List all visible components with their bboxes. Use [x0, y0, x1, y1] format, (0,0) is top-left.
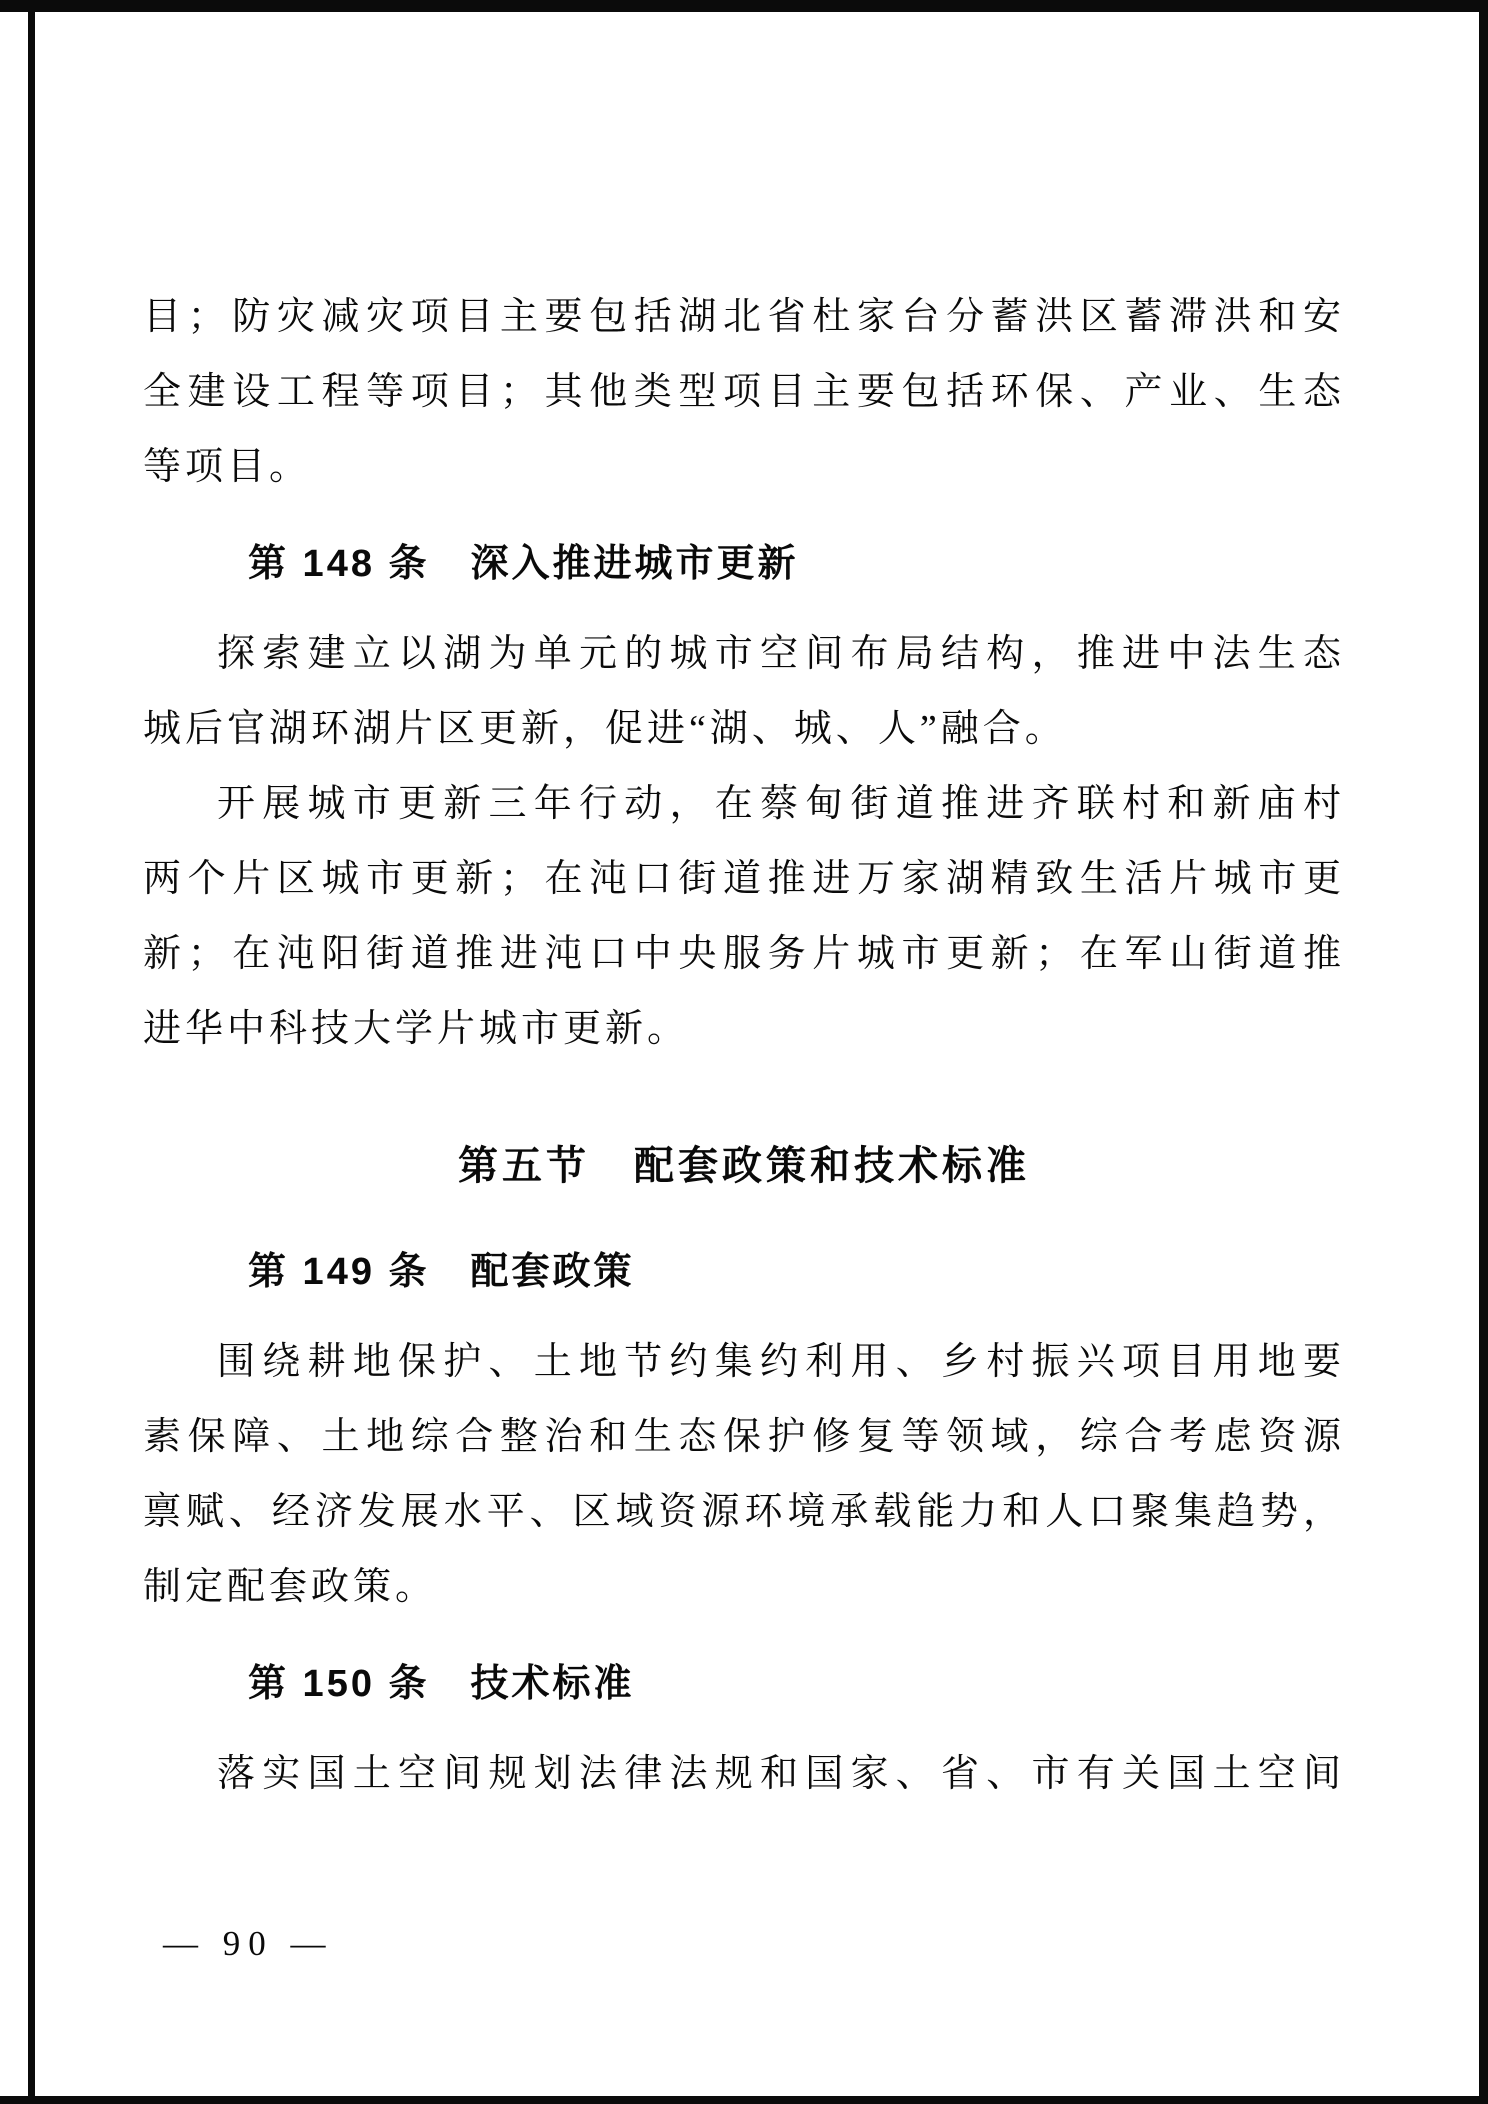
body-line: 禀赋、经济发展水平、区域资源环境承载能力和人口聚集趋势，	[143, 1475, 1345, 1550]
page-content: 目；防灾减灾项目主要包括湖北省杜家台分蓄洪区蓄滞洪和安 全建设工程等项目；其他类…	[0, 0, 1488, 1812]
body-line: 围绕耕地保护、土地节约集约利用、乡村振兴项目用地要	[143, 1325, 1345, 1400]
paragraph: 围绕耕地保护、土地节约集约利用、乡村振兴项目用地要 素保障、土地综合整治和生态保…	[143, 1325, 1345, 1625]
paragraph: 开展城市更新三年行动，在蔡甸街道推进齐联村和新庙村 两个片区城市更新；在沌口街道…	[143, 767, 1345, 1067]
body-line: 等项目。	[143, 430, 1345, 505]
body-line: 两个片区城市更新；在沌口街道推进万家湖精致生活片城市更	[143, 842, 1345, 917]
paragraph: 落实国土空间规划法律法规和国家、省、市有关国土空间	[143, 1737, 1345, 1812]
body-line: 制定配套政策。	[143, 1550, 1345, 1625]
body-line: 开展城市更新三年行动，在蔡甸街道推进齐联村和新庙村	[143, 767, 1345, 842]
body-line: 新；在沌阳街道推进沌口中央服务片城市更新；在军山街道推	[143, 917, 1345, 992]
body-line: 全建设工程等项目；其他类型项目主要包括环保、产业、生态	[143, 355, 1345, 430]
body-line: 目；防灾减灾项目主要包括湖北省杜家台分蓄洪区蓄滞洪和安	[143, 280, 1345, 355]
article-heading: 第 148 条 深入推进城市更新	[248, 527, 1345, 602]
section-heading: 第五节 配套政策和技术标准	[143, 1129, 1345, 1204]
body-line: 城后官湖环湖片区更新，促进“湖、城、人”融合。	[143, 692, 1345, 767]
body-line: 探索建立以湖为单元的城市空间布局结构，推进中法生态	[143, 617, 1345, 692]
body-line: 落实国土空间规划法律法规和国家、省、市有关国土空间	[143, 1737, 1345, 1812]
paragraph: 探索建立以湖为单元的城市空间布局结构，推进中法生态 城后官湖环湖片区更新，促进“…	[143, 617, 1345, 767]
article-heading: 第 150 条 技术标准	[248, 1647, 1345, 1722]
page-number: — 90 —	[163, 1922, 334, 1966]
paragraph: 目；防灾减灾项目主要包括湖北省杜家台分蓄洪区蓄滞洪和安 全建设工程等项目；其他类…	[143, 280, 1345, 505]
body-line: 素保障、土地综合整治和生态保护修复等领域，综合考虑资源	[143, 1400, 1345, 1475]
scan-border-bottom	[0, 2096, 1488, 2104]
article-heading: 第 149 条 配套政策	[248, 1235, 1345, 1310]
body-line: 进华中科技大学片城市更新。	[143, 992, 1345, 1067]
